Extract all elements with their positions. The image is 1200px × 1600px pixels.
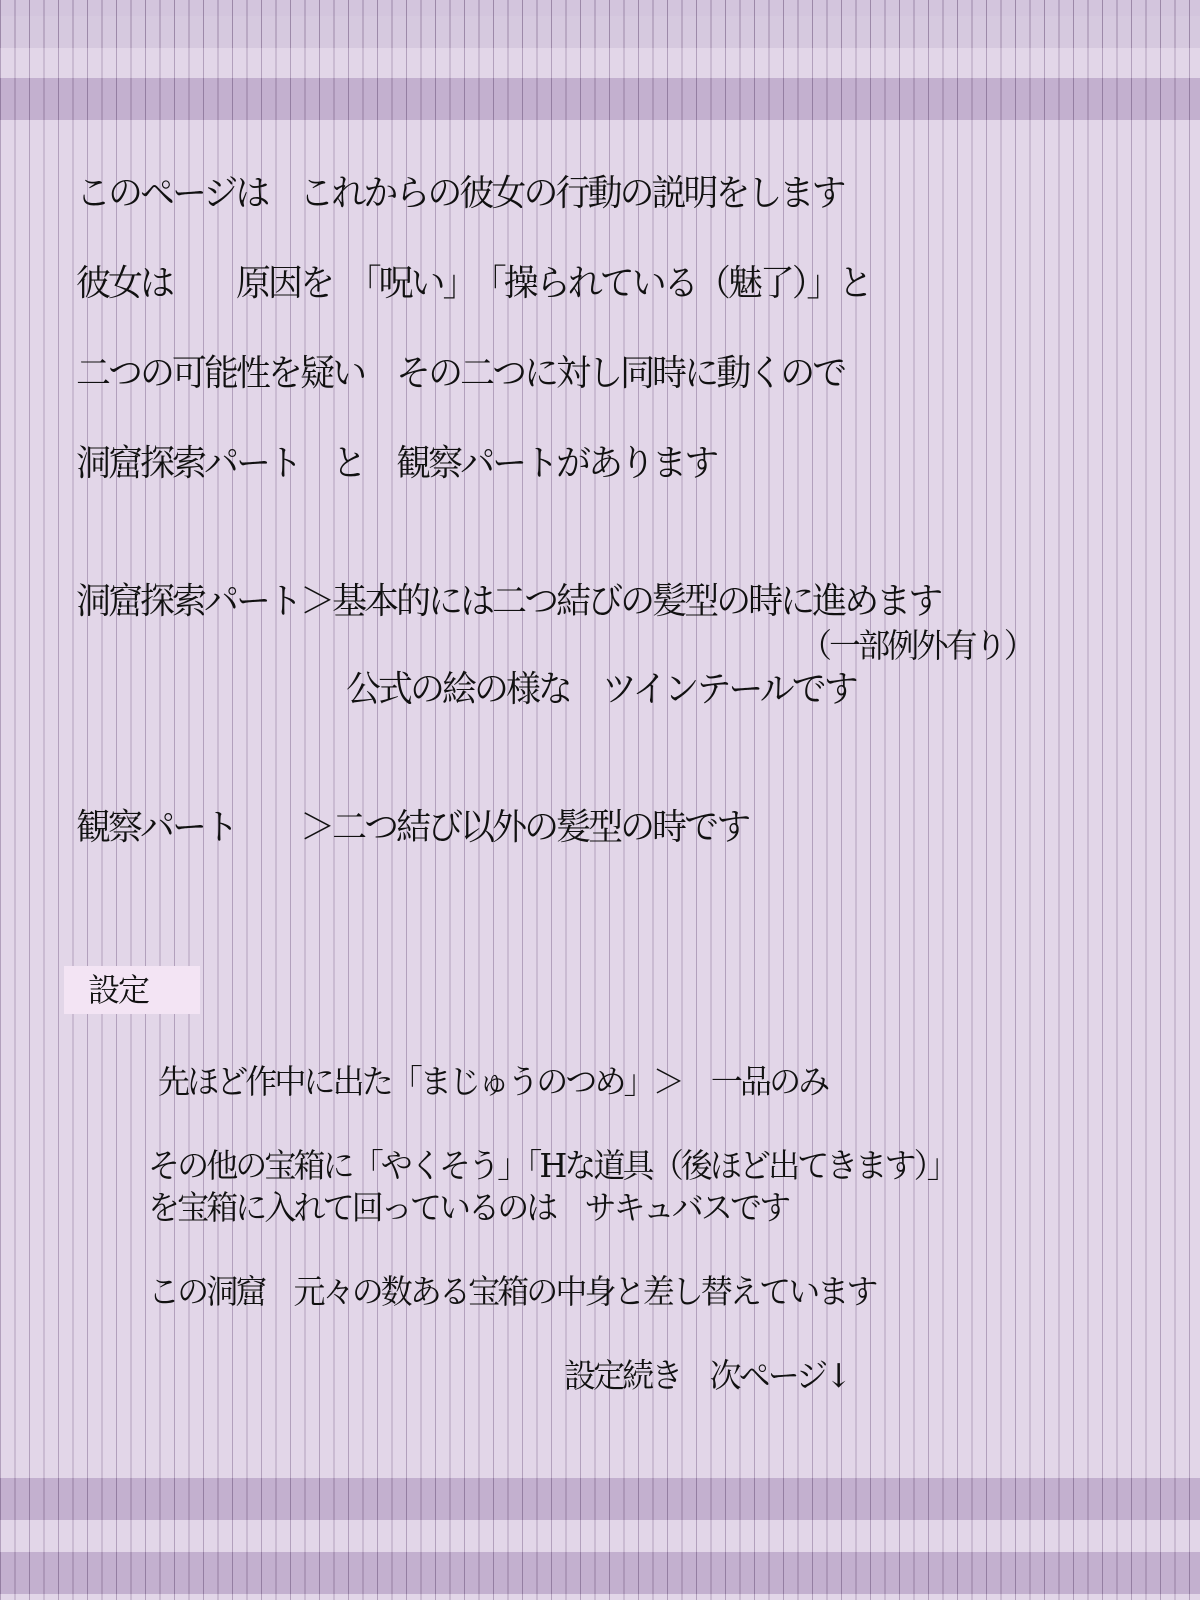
intro-line-4: 洞窟探索パート と 観察パートがあります xyxy=(76,442,716,486)
cave-part-note: （一部例外有り） xyxy=(800,624,1033,668)
top-stripe-band-3 xyxy=(0,78,1200,120)
settings-line-2: その他の宝箱に「やくそう」「Hな道具（後ほど出てきます）」 xyxy=(148,1144,956,1188)
cave-part-line: 洞窟探索パート＞基本的には二つ結びの髪型の時に進めます xyxy=(76,580,940,624)
intro-line-2: 彼女は 原因を 「呪い」 「操られている（魅了）」と xyxy=(76,262,870,306)
cave-part-twintail-line: 公式の絵の様な ツインテールです xyxy=(346,668,856,712)
settings-label: 設定 xyxy=(88,968,148,1012)
observe-part-line: 観察パート ＞二つ結び以外の髪型の時です xyxy=(76,806,748,850)
top-stripe-band-1 xyxy=(0,0,1200,16)
intro-line-3: 二つの可能性を疑い その二つに対し同時に動くので xyxy=(76,352,844,396)
settings-line-4: この洞窟 元々の数ある宝箱の中身と差し替えています xyxy=(148,1270,876,1314)
bottom-stripe-band-1 xyxy=(0,1478,1200,1520)
settings-label-tag: 設定 xyxy=(64,966,200,1014)
settings-line-3: を宝箱に入れて回っているのは サキュバスです xyxy=(148,1186,788,1230)
settings-continue-link: 設定続き 次ページ↓ xyxy=(564,1354,849,1398)
intro-line-1: このページは これからの彼女の行動の説明をします xyxy=(76,172,844,216)
bottom-stripe-band-2 xyxy=(0,1552,1200,1594)
top-stripe-band-2 xyxy=(0,16,1200,48)
settings-line-1: 先ほど作中に出た「まじゅうのつめ」＞ 一品のみ xyxy=(158,1060,827,1104)
